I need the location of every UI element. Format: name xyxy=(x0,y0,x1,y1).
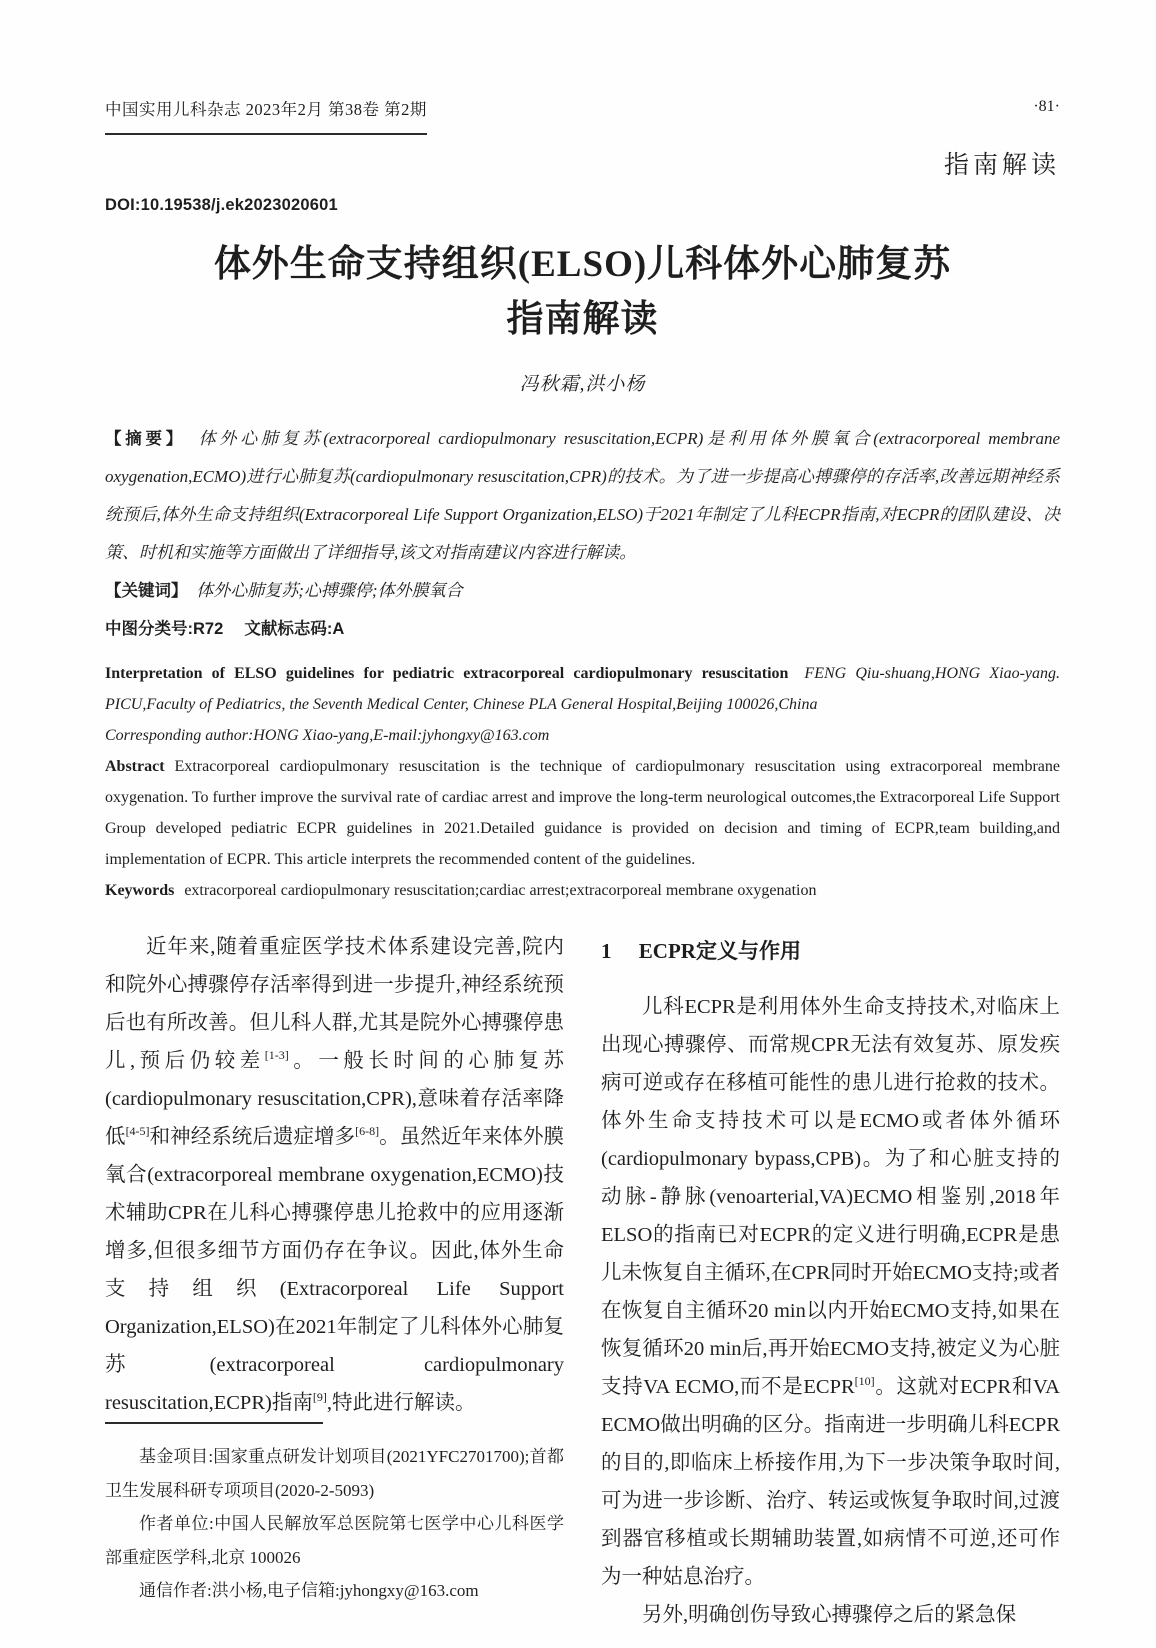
footnote-group: 基金项目:国家重点研发计划项目(2021YFC2701700);首都卫生发展科研… xyxy=(105,1422,564,1626)
abstract-label: 【摘要】 xyxy=(105,430,178,448)
english-abstract-text: Extracorporeal cardiopulmonary resuscita… xyxy=(105,758,1060,868)
keywords-text: 体外心肺复苏;心搏骤停;体外膜氧合 xyxy=(196,581,462,600)
intro-paragraph: 近年来,随着重症医学技术体系建设完善,院内和院外心搏骤停存活率得到进一步提升,神… xyxy=(105,928,564,1422)
authors: 冯秋霜,洪小杨 xyxy=(105,369,1060,396)
english-keywords-label: Keywords xyxy=(105,882,174,899)
keywords-paragraph: 【关键词】 体外心肺复苏;心搏骤停;体外膜氧合 xyxy=(105,572,1060,610)
journal-info: 中国实用儿科杂志 2023年2月 第38卷 第2期 xyxy=(105,96,427,135)
paragraph-trauma: 另外,明确创伤导致心搏骤停之后的紧急保 xyxy=(601,1596,1060,1634)
footnote-correspondence: 通信作者:洪小杨,电子信箱:jyhongxy@163.com xyxy=(105,1574,564,1608)
footnote-affiliation: 作者单位:中国人民解放军总医院第七医学中心儿科医学部重症医学科,北京 10002… xyxy=(105,1507,564,1574)
english-title-paragraph: Interpretation of ELSO guidelines for pe… xyxy=(105,658,1060,720)
abstract-paragraph: 【摘要】 体外心肺复苏(extracorporeal cardiopulmona… xyxy=(105,420,1060,572)
right-column: 1ECPR定义与作用 儿科ECPR是利用体外生命支持技术,对临床上出现心搏骤停、… xyxy=(601,928,1060,1634)
english-title: Interpretation of ELSO guidelines for pe… xyxy=(105,665,788,682)
page-number: ·81· xyxy=(1033,98,1060,116)
left-column: 近年来,随着重症医学技术体系建设完善,院内和院外心搏骤停存活率得到进一步提升,神… xyxy=(105,928,564,1590)
body-columns: 近年来,随着重症医学技术体系建设完善,院内和院外心搏骤停存活率得到进一步提升,神… xyxy=(105,928,1060,1634)
section-title: ECPR定义与作用 xyxy=(639,939,801,963)
article-title: 体外生命支持组织(ELSO)儿科体外心肺复苏 指南解读 xyxy=(105,237,1060,347)
section-number: 1 xyxy=(601,939,612,963)
english-keywords-paragraph: Keywordsextracorporeal cardiopulmonary r… xyxy=(105,875,1060,906)
article-title-line1: 体外生命支持组织(ELSO)儿科体外心肺复苏 xyxy=(214,244,951,285)
doi: DOI:10.19538/j.ek2023020601 xyxy=(105,196,1060,215)
english-abstract-label: Abstract xyxy=(105,758,165,775)
chinese-abstract-block: 【摘要】 体外心肺复苏(extracorporeal cardiopulmona… xyxy=(105,420,1060,648)
english-keywords-text: extracorporeal cardiopulmonary resuscita… xyxy=(184,882,816,899)
keywords-label: 【关键词】 xyxy=(105,582,179,600)
journal-page: 中国实用儿科杂志 2023年2月 第38卷 第2期 ·81· 指南解读 DOI:… xyxy=(0,0,1156,1648)
english-abstract-paragraph: AbstractExtracorporeal cardiopulmonary r… xyxy=(105,751,1060,875)
column-label: 指南解读 xyxy=(105,145,1060,181)
abstract-text: 体外心肺复苏(extracorporeal cardiopulmonary re… xyxy=(105,429,1060,562)
page-header: 中国实用儿科杂志 2023年2月 第38卷 第2期 ·81· xyxy=(105,96,1060,135)
paragraph-ecpr-definition: 儿科ECPR是利用体外生命支持技术,对临床上出现心搏骤停、而常规CPR无法有效复… xyxy=(601,988,1060,1596)
english-block: Interpretation of ELSO guidelines for pe… xyxy=(105,658,1060,906)
footnote-fund: 基金项目:国家重点研发计划项目(2021YFC2701700);首都卫生发展科研… xyxy=(105,1440,564,1507)
english-corresponding-author: Corresponding author:HONG Xiao-yang,E-ma… xyxy=(105,720,1060,751)
section-heading: 1ECPR定义与作用 xyxy=(601,932,1060,970)
article-title-line2: 指南解读 xyxy=(507,299,659,340)
classification-line: 中图分类号:R72 文献标志码:A xyxy=(105,610,1060,648)
footnote-divider xyxy=(105,1422,323,1424)
